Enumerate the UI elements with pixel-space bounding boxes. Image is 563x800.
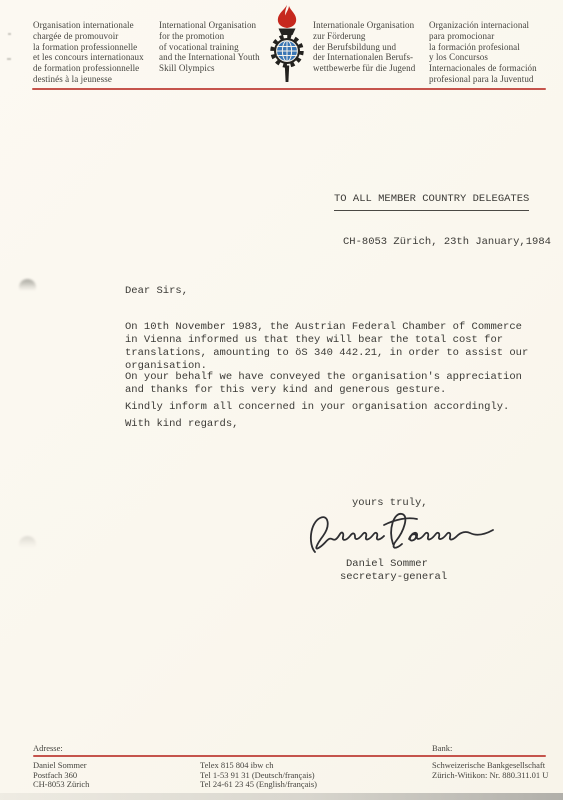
paragraph-1: On 10th November 1983, the Austrian Fede… bbox=[125, 321, 528, 373]
footer-address-label: Adresse: bbox=[33, 744, 63, 754]
footer-contact-block: Telex 815 804 ibw ch Tel 1-53 91 31 (Deu… bbox=[200, 761, 317, 790]
paragraph-3: Kindly inform all concerned in your orga… bbox=[125, 401, 509, 414]
org-name-spanish: Organización internacional para promocio… bbox=[429, 20, 549, 85]
closing-regards: With kind regards, bbox=[125, 418, 238, 431]
punch-hole-shadow bbox=[19, 279, 36, 295]
footer-divider-line bbox=[33, 755, 546, 757]
footer-address-block: Daniel Sommer Postfach 360 CH-8053 Züric… bbox=[33, 761, 89, 790]
scanned-letter-page: Organisation internationale chargée de p… bbox=[0, 0, 563, 800]
org-name-english: International Organisation for the promo… bbox=[159, 20, 271, 74]
org-name-french: Organisation internationale chargée de p… bbox=[33, 20, 155, 85]
torch-gear-globe-logo-icon bbox=[264, 4, 310, 84]
salutation: Dear Sirs, bbox=[125, 285, 188, 298]
handwritten-signature bbox=[303, 508, 505, 564]
signer-title: secretary-general bbox=[340, 571, 447, 584]
scan-speck bbox=[7, 58, 11, 60]
paragraph-2: On your behalf we have conveyed the orga… bbox=[125, 371, 522, 397]
org-name-german: Internationale Organisation zur Förderun… bbox=[313, 20, 427, 74]
footer-bank-label: Bank: bbox=[432, 744, 452, 754]
scanner-edge-shadow bbox=[0, 793, 563, 800]
dateline: CH-8053 Zürich, 23th January,1984 bbox=[343, 236, 551, 249]
scan-speck bbox=[8, 33, 11, 35]
signer-name: Daniel Sommer bbox=[346, 558, 428, 571]
globe-grid bbox=[277, 41, 298, 62]
flame-icon bbox=[278, 5, 296, 28]
footer-bank-block: Schweizerische Bankgesellschaft Zürich-W… bbox=[432, 761, 548, 780]
recipient-line: TO ALL MEMBER COUNTRY DELEGATES bbox=[334, 193, 529, 211]
header-divider-line bbox=[32, 88, 546, 90]
punch-hole-shadow bbox=[19, 536, 36, 552]
